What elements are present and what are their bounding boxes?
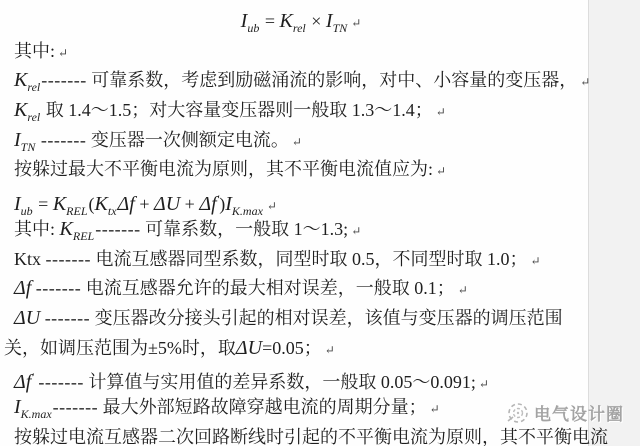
math-variable-segment: K bbox=[60, 218, 73, 240]
principle-ct-open-circuit: 按躲过电流互感器二次回路断线时引起的不平衡电流为原则，其不平衡电流 bbox=[14, 423, 588, 446]
math-variable-segment: ΔU bbox=[14, 307, 40, 329]
math-variable-segment: I bbox=[14, 129, 21, 151]
math-variable-segment: I bbox=[14, 193, 21, 215]
definition-delta-u-2: 关，如调压范围为±5%时，取ΔU=0.05；↵ bbox=[4, 334, 588, 364]
subscript-segment: TN bbox=[333, 21, 348, 35]
math-variable-segment: Δf bbox=[14, 277, 31, 299]
subscript-segment: K.max bbox=[21, 407, 52, 421]
text-segment: 可靠系数，考虑到励磁涌流的影响，对中、小容量的变压器， bbox=[87, 70, 578, 90]
subscript-segment: REL bbox=[73, 229, 94, 243]
text-segment: 变压器一次侧额定电流。 bbox=[86, 130, 289, 150]
dash-leader: ------- bbox=[41, 70, 86, 90]
text-segment: 按躲过最大不平衡电流为原则，其不平衡电流值应为: bbox=[14, 159, 433, 179]
subscript-segment: ub bbox=[247, 21, 259, 35]
paragraph-return-mark: ↵ bbox=[351, 224, 361, 238]
paragraph-return-mark: ↵ bbox=[267, 199, 277, 213]
text-segment: 关，如调压范围为±5%时，取 bbox=[4, 338, 236, 358]
definition-ktx: Ktx ------- 电流互感器同型系数，同型时取 0.5，不同型时取 1.0… bbox=[14, 245, 588, 275]
math-variable-segment: Δf bbox=[14, 371, 31, 393]
document-body: Iub = Krel × ITN↵其中:↵Krel------- 可靠系数，考虑… bbox=[0, 0, 588, 446]
definition-delta-f-prime: Δf′ ------- 计算值与实用值的差异系数，一般取 0.05～0.091;… bbox=[14, 363, 588, 393]
definition-ikmax: IK.max------- 最大外部短路故障穿越电流的周期分量；↵ bbox=[14, 393, 588, 423]
paragraph-return-mark: ↵ bbox=[458, 283, 468, 297]
definition-delta-u-1: ΔU ------- 变压器改分接头引起的相对误差，该值与变压器的调压范围 bbox=[14, 304, 588, 334]
definition-itn: ITN ------- 变压器一次侧额定电流。↵ bbox=[14, 126, 588, 156]
definition-delta-f: Δf ------- 电流互感器允许的最大相对误差，一般取 0.1；↵ bbox=[14, 274, 588, 304]
dash-leader: ------- bbox=[38, 372, 83, 392]
circular-emblem-icon bbox=[506, 401, 530, 425]
text-segment: = bbox=[34, 194, 53, 214]
math-variable-segment: I bbox=[326, 10, 333, 32]
subscript-segment: rel bbox=[27, 110, 40, 124]
math-variable-segment: I bbox=[14, 396, 21, 418]
text-segment: × bbox=[307, 11, 326, 31]
text-segment: =0.05； bbox=[262, 338, 322, 358]
text-segment: = bbox=[260, 11, 279, 31]
paragraph-return-mark: ↵ bbox=[479, 377, 489, 391]
definition-krel-2: Krel 取 1.4～1.5；对大容量变压器则一般取 1.3～1.4；↵ bbox=[14, 96, 588, 126]
paragraph-return-mark: ↵ bbox=[436, 164, 446, 178]
text-segment: 可靠系数，一般取 1～1.3; bbox=[141, 219, 349, 239]
paragraph-return-mark: ↵ bbox=[58, 46, 68, 60]
math-variable-segment: Δf bbox=[199, 193, 216, 215]
definition-krel-1: Krel------- 可靠系数，考虑到励磁涌流的影响，对中、小容量的变压器，↵ bbox=[14, 66, 588, 96]
label-qizhong: 其中:↵ bbox=[14, 37, 588, 67]
paragraph-return-mark: ↵ bbox=[530, 254, 540, 268]
math-variable-segment: I bbox=[225, 193, 232, 215]
text-segment: 其中: bbox=[14, 219, 60, 239]
formula-iub-equals-krel-itn: Iub = Krel × ITN↵ bbox=[14, 7, 588, 37]
dash-leader: ------- bbox=[41, 130, 86, 150]
paragraph-return-mark: ↵ bbox=[580, 75, 590, 89]
text-segment: 其中: bbox=[14, 41, 55, 61]
math-variable-segment: K bbox=[53, 193, 66, 215]
watermark: 电气设计圈 bbox=[506, 400, 624, 425]
paragraph-return-mark: ↵ bbox=[292, 135, 302, 149]
text-segment: + bbox=[180, 194, 199, 214]
dash-leader: ------- bbox=[45, 308, 90, 328]
watermark-label: 电气设计圈 bbox=[534, 400, 624, 425]
subscript-segment: TN bbox=[21, 140, 36, 154]
document-page: Iub = Krel × ITN↵其中:↵Krel------- 可靠系数，考虑… bbox=[0, 0, 640, 446]
formula-iub-krel-expansion: Iub = KREL(KtxΔf + ΔU + Δf′)IK.max↵ bbox=[14, 185, 588, 215]
math-variable-segment: K bbox=[14, 99, 27, 121]
subscript-segment: rel bbox=[27, 80, 40, 94]
text-segment: 电流互感器允许的最大相对误差，一般取 0.1； bbox=[81, 278, 455, 298]
paragraph-return-mark: ↵ bbox=[325, 343, 335, 357]
text-segment: 最大外部短路故障穿越电流的周期分量； bbox=[98, 397, 427, 417]
dash-leader: ------- bbox=[53, 397, 98, 417]
subscript-segment: rel bbox=[293, 21, 306, 35]
math-variable-segment: ΔU bbox=[154, 193, 180, 215]
paragraph-return-mark: ↵ bbox=[436, 105, 446, 119]
dash-leader: ------- bbox=[36, 278, 81, 298]
paragraph-return-mark: ↵ bbox=[351, 16, 361, 30]
paragraph-return-mark: ↵ bbox=[430, 402, 440, 416]
text-segment: + bbox=[135, 194, 154, 214]
dash-leader: ------- bbox=[95, 219, 140, 239]
math-variable-segment: ΔU bbox=[236, 337, 262, 359]
math-variable-segment: K bbox=[280, 10, 293, 32]
definition-krel-caps: 其中: KREL------- 可靠系数，一般取 1～1.3;↵ bbox=[14, 215, 588, 245]
text-segment: 变压器改分接头引起的相对误差，该值与变压器的调压范围 bbox=[90, 308, 563, 328]
math-variable-segment: K bbox=[95, 193, 108, 215]
text-segment: 按躲过电流互感器二次回路断线时引起的不平衡电流为原则，其不平衡电流 bbox=[14, 427, 608, 446]
page-edge-strip bbox=[588, 0, 640, 446]
math-variable-segment: K bbox=[14, 69, 27, 91]
dash-leader: ------- bbox=[46, 249, 91, 269]
math-variable-segment: Δf bbox=[118, 193, 135, 215]
principle-max-unbalance: 按躲过最大不平衡电流为原则，其不平衡电流值应为:↵ bbox=[14, 155, 588, 185]
text-segment: 计算值与实用值的差异系数，一般取 0.05～0.091; bbox=[84, 372, 476, 392]
text-segment: 电流互感器同型系数，同型时取 0.5，不同型时取 1.0； bbox=[91, 249, 528, 269]
text-segment: Ktx bbox=[14, 249, 46, 269]
text-segment: 取 1.4～1.5；对大容量变压器则一般取 1.3～1.4； bbox=[41, 100, 433, 120]
